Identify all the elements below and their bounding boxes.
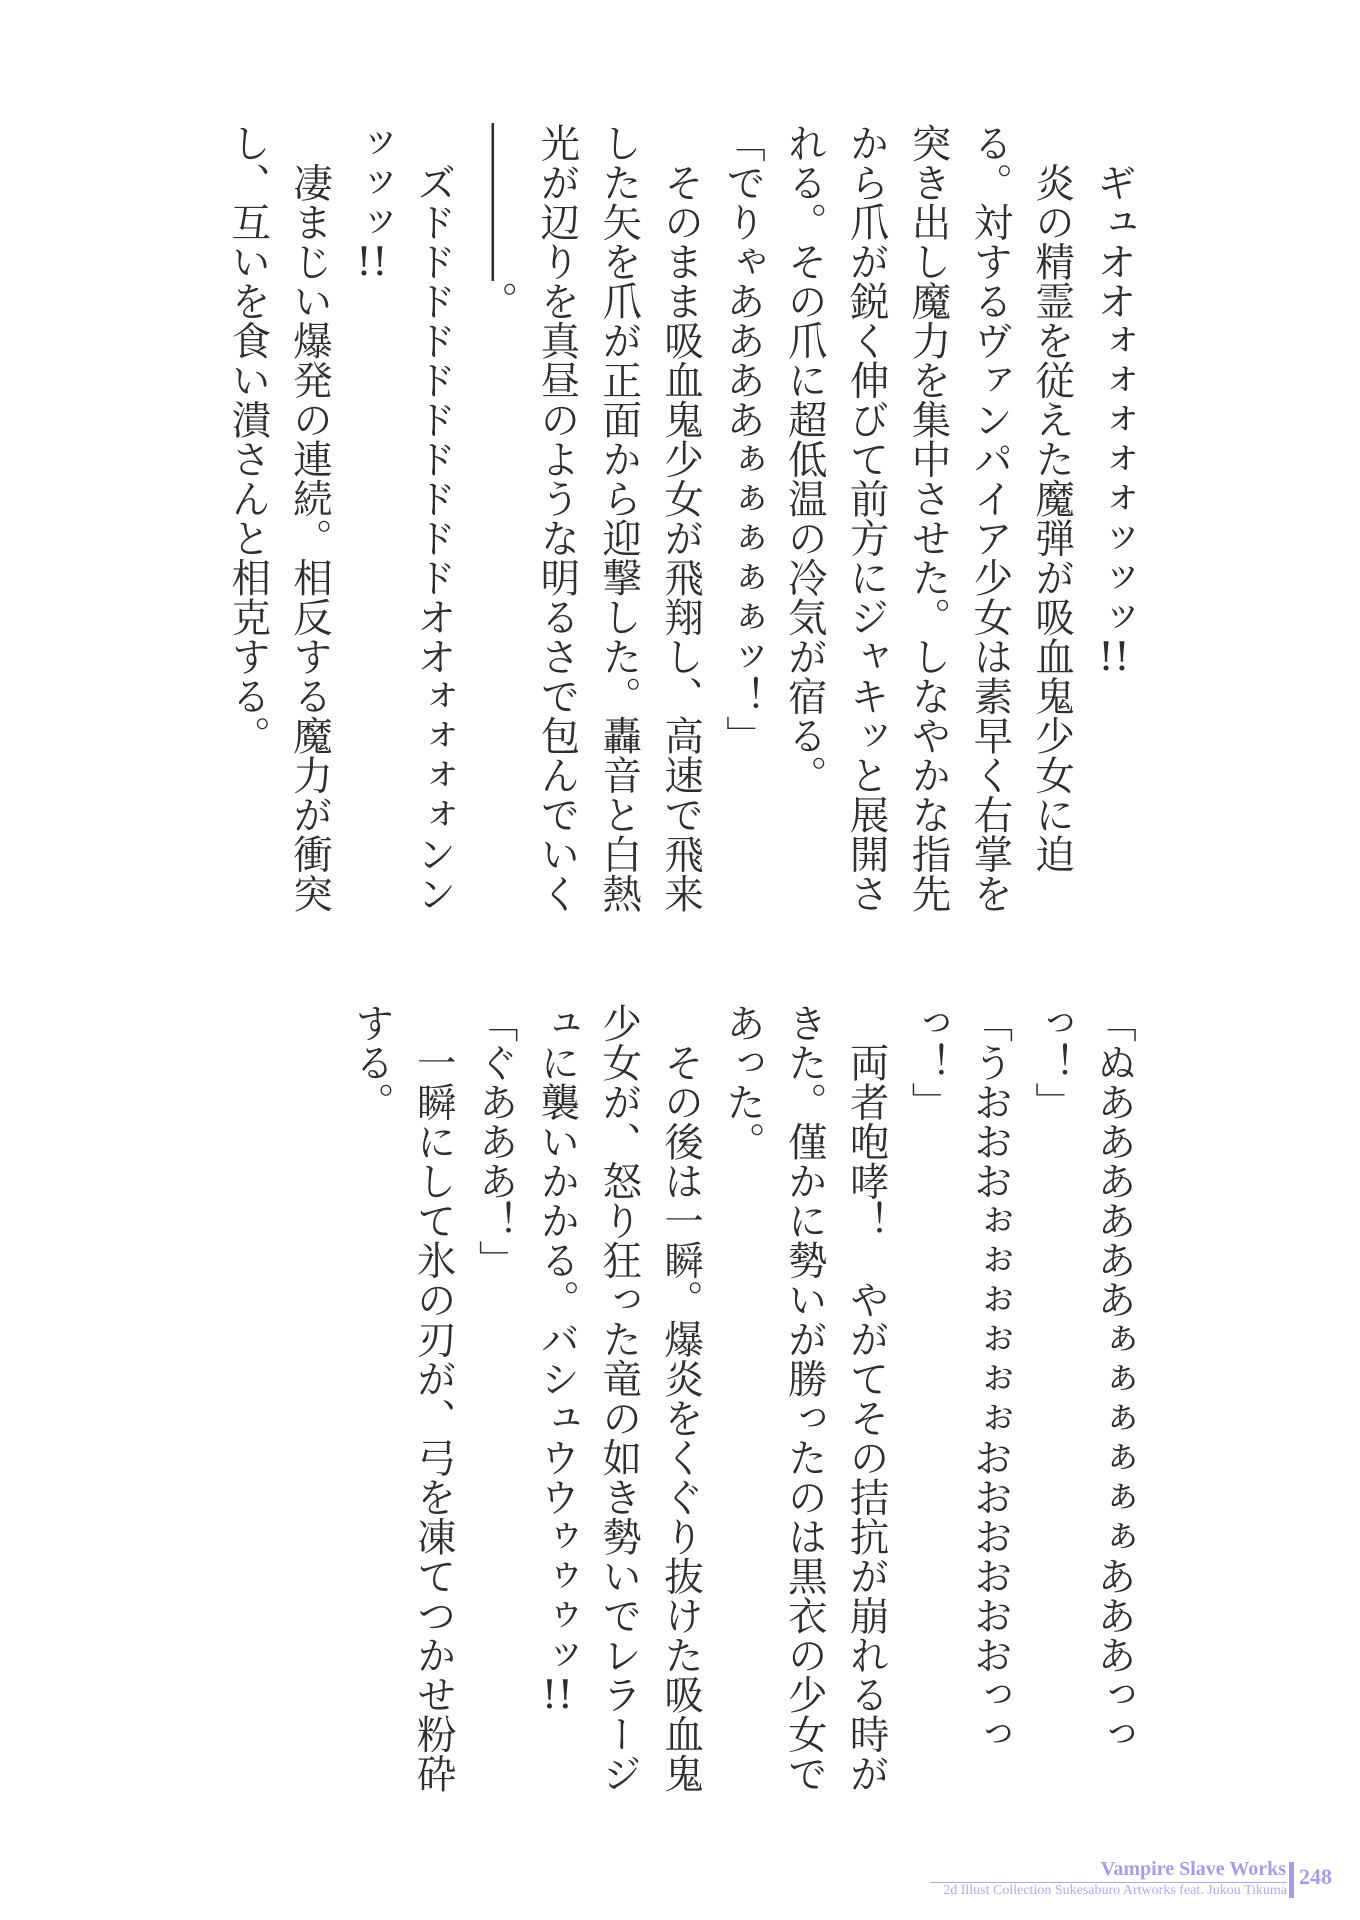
text-column: そのまま吸血鬼少女が飛翔し、高速で飛来 (649, 123, 711, 913)
text-column: きた。僅かに勢いが勝ったのは黒衣の少女で (773, 1003, 835, 1793)
text-column: 突き出し魔力を集中させた。しなやかな指先 (897, 123, 959, 913)
text-column: ッッッ!! (340, 123, 402, 913)
text-column: 光が辺りを真昼のような明るさで包んでいく (526, 123, 588, 913)
footer-vertical-bar (1289, 1862, 1294, 1898)
text-column: れる。その爪に超低温の冷気が宿る。 (773, 123, 835, 913)
text-column: 凄まじい爆発の連続。相反する魔力が衝突 (278, 123, 340, 913)
text-column: ズドドドドドドドドドドオオォォォォンン (402, 123, 464, 913)
footer-book-title: Vampire Slave Works (1101, 1857, 1286, 1881)
double-exclamation: !! (1091, 637, 1137, 677)
text-column: っ！」 (1020, 1003, 1082, 1793)
text-column: っ！」 (897, 1003, 959, 1793)
text-column: し、互いを食い潰さんと相克する。 (216, 123, 278, 913)
text-column: 少女が、怒り狂った竜の如き勢いでレラージ (587, 1003, 649, 1793)
text-column: 炎の精霊を従えた魔弾が吸血鬼少女に迫 (1020, 123, 1082, 913)
text-column: ュに襲いかかる。バシュウウゥゥゥッ!! (526, 1003, 588, 1793)
footer-subtitle: 2d Illust Collection Sukesaburo Artworks… (943, 1883, 1287, 1899)
text-column: 「うおおおぉぉぉぉぉぉおおおおおおっっ (958, 1003, 1020, 1793)
text-column: る。対するヴァンパイア少女は素早く右掌を (958, 123, 1020, 913)
text-column: 「でりゃああああぁぁぁぁぁッ！」 (711, 123, 773, 913)
text-column: ――――。 (464, 123, 526, 913)
text-column: あった。 (711, 1003, 773, 1793)
text-column: 「ぬああああああぁぁぁぁぁぁあああっっ (1082, 1003, 1144, 1793)
lower-text-block: 「ぬああああああぁぁぁぁぁぁあああっっ っ！」 「うおおおぉぉぉぉぉぉおおおおお… (340, 1003, 1144, 1793)
upper-text-block: ギュオオォォォォォッッッ!! 炎の精霊を従えた魔弾が吸血鬼少女に迫 る。対するヴ… (216, 123, 1144, 913)
double-exclamation: !! (349, 242, 395, 282)
text-column: から爪が鋭く伸びて前方にジャキッと展開さ (835, 123, 897, 913)
text-column: 両者咆哮！ やがてその拮抗が崩れる時が (835, 1003, 897, 1793)
text-column: する。 (340, 1003, 402, 1793)
text-column: その後は一瞬。爆炎をくぐり抜けた吸血鬼 (649, 1003, 711, 1793)
text-column: 「ぐあああ！」 (464, 1003, 526, 1793)
text-column: 一瞬にして氷の刃が、弓を凍てつかせ粉砕 (402, 1003, 464, 1793)
text-column: した矢を爪が正面から迎撃した。轟音と白熱 (587, 123, 649, 913)
page-number: 248 (1299, 1864, 1332, 1890)
double-exclamation: !! (534, 1675, 580, 1715)
text-column: ギュオオォォォォォッッッ!! (1082, 123, 1144, 913)
